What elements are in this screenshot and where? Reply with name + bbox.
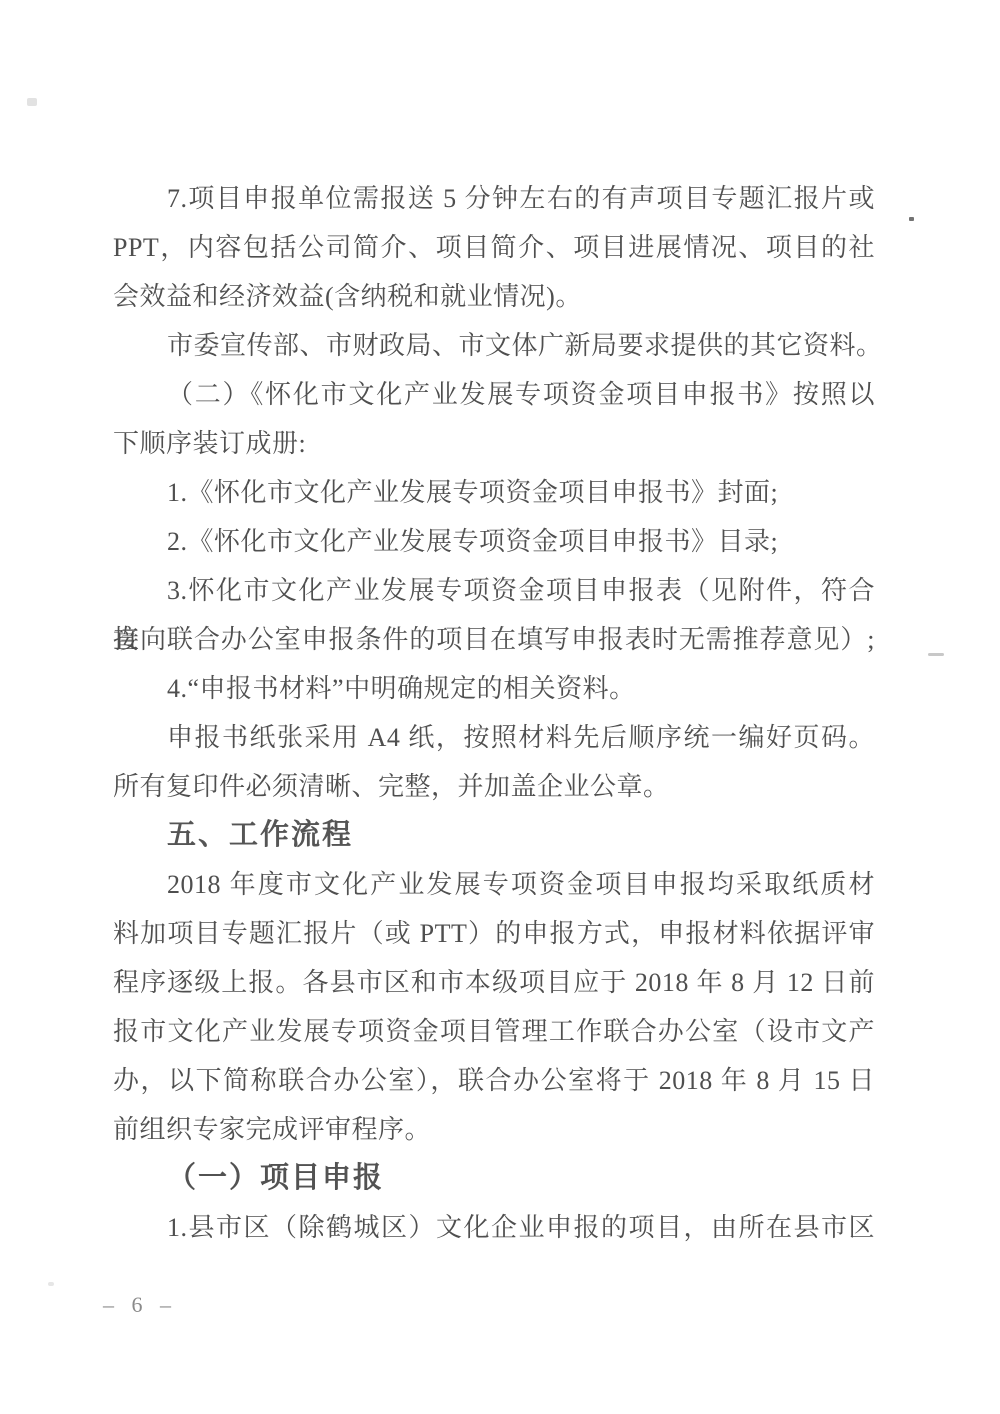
body-text-line: 2018 年度市文化产业发展专项资金项目申报均采取纸质材 — [113, 860, 875, 909]
body-text-line: 前组织专家完成评审程序。 — [113, 1105, 875, 1154]
scan-artifact-dot — [909, 217, 914, 221]
document-body: 7.项目申报单位需报送 5 分钟左右的有声项目专题汇报片或 PPT，内容包括公司… — [113, 174, 875, 1252]
body-text-line: 办，以下简称联合办公室），联合办公室将于 2018 年 8 月 15 日 — [113, 1056, 875, 1105]
list-item-line: 1.《怀化市文化产业发展专项资金项目申报书》封面; — [113, 468, 875, 517]
body-text-line: （二）《怀化市文化产业发展专项资金项目申报书》按照以 — [113, 370, 875, 419]
page-number: – 6 – — [103, 1292, 177, 1318]
body-text-line: PPT，内容包括公司简介、项目简介、项目进展情况、项目的社 — [113, 223, 875, 272]
body-text-line: 料加项目专题汇报片（或 PTT）的申报方式，申报材料依据评审 — [113, 909, 875, 958]
scan-artifact-dash — [928, 653, 944, 656]
section-heading-workflow: 五、工作流程 — [113, 811, 875, 860]
scanned-document-page: 7.项目申报单位需报送 5 分钟左右的有声项目专题汇报片或 PPT，内容包括公司… — [0, 0, 1000, 1414]
list-item-line: 接向联合办公室申报条件的项目在填写申报表时无需推荐意见）; — [113, 615, 875, 664]
list-item-line: 4.“申报书材料”中明确规定的相关资料。 — [113, 664, 875, 713]
body-text-line: 程序逐级上报。各县市区和市本级项目应于 2018 年 8 月 12 日前 — [113, 958, 875, 1007]
list-item-line: 3.怀化市文化产业发展专项资金项目申报表（见附件，符合直 — [113, 566, 875, 615]
body-text-line: 会效益和经济效益(含纳税和就业情况)。 — [113, 272, 875, 321]
subsection-heading-project-application: （一）项目申报 — [113, 1154, 875, 1203]
body-text-line: 1.县市区（除鹤城区）文化企业申报的项目，由所在县市区 — [113, 1203, 875, 1252]
body-text-line: 下顺序装订成册: — [113, 419, 875, 468]
body-text-line: 报市文化产业发展专项资金项目管理工作联合办公室（设市文产 — [113, 1007, 875, 1056]
scan-artifact-smudge — [48, 1282, 54, 1286]
body-text-line: 市委宣传部、市财政局、市文体广新局要求提供的其它资料。 — [113, 321, 875, 370]
body-text-line: 所有复印件必须清晰、完整，并加盖企业公章。 — [113, 762, 875, 811]
body-text-line: 申报书纸张采用 A4 纸，按照材料先后顺序统一编好页码。 — [113, 713, 875, 762]
list-item-line: 2.《怀化市文化产业发展专项资金项目申报书》目录; — [113, 517, 875, 566]
body-text-line: 7.项目申报单位需报送 5 分钟左右的有声项目专题汇报片或 — [113, 174, 875, 223]
scan-artifact-smudge — [27, 98, 37, 106]
